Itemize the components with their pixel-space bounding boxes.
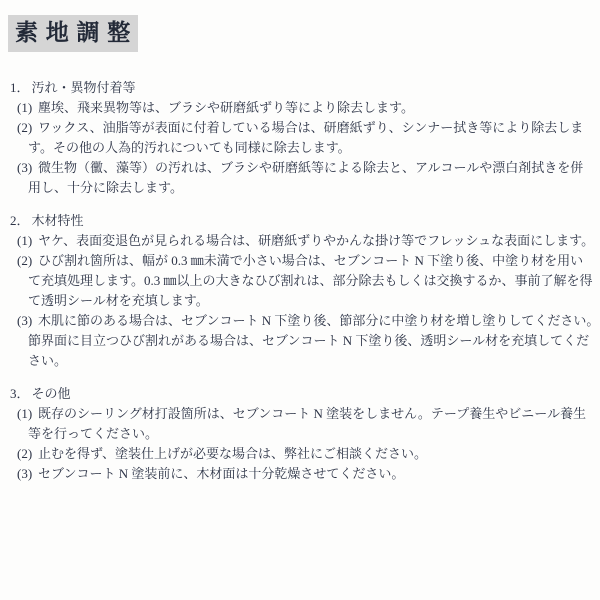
section-others: 3．その他 (1)既存のシーリング材打設箇所は、セブンコート N 塗装をしません… bbox=[0, 384, 600, 484]
item-marker: (3) bbox=[17, 311, 38, 331]
item-marker: (1) bbox=[17, 231, 38, 251]
section-heading-text: その他 bbox=[32, 386, 71, 401]
item-text: ワックス、油脂等が表面に付着している場合は、研磨紙ずり、シンナー拭き等により除去… bbox=[28, 120, 583, 155]
list-item: (1)ヤケ、表面変退色が見られる場合は、研磨紙ずりやかんな掛け等でフレッシュな表… bbox=[0, 231, 600, 251]
item-text: ヤケ、表面変退色が見られる場合は、研磨紙ずりやかんな掛け等でフレッシュな表面にし… bbox=[38, 233, 594, 248]
section-number: 2． bbox=[10, 213, 30, 228]
page-title: 素 地 調 整 bbox=[8, 15, 138, 52]
list-item: (1)既存のシーリング材打設箇所は、セブンコート N 塗装をしません。テープ養生… bbox=[0, 404, 600, 444]
section-wood-characteristics: 2．木材特性 (1)ヤケ、表面変退色が見られる場合は、研磨紙ずりやかんな掛け等で… bbox=[0, 211, 600, 371]
document-page: 素 地 調 整 1．汚れ・異物付着等 (1)塵埃、飛来異物等は、ブラシや研磨紙ず… bbox=[0, 0, 600, 600]
list-item: (3)微生物（黴、藻等）の汚れは、ブラシや研磨紙等による除去と、アルコールや漂白… bbox=[0, 158, 600, 198]
item-marker: (1) bbox=[17, 404, 38, 424]
item-marker: (3) bbox=[17, 158, 38, 178]
list-item: (1)塵埃、飛来異物等は、ブラシや研磨紙ずり等により除去します。 bbox=[0, 98, 600, 118]
section-number: 3． bbox=[10, 386, 30, 401]
item-marker: (1) bbox=[17, 98, 38, 118]
item-text: 既存のシーリング材打設箇所は、セブンコート N 塗装をしません。テープ養生やビニ… bbox=[28, 406, 586, 441]
list-item: (2)ワックス、油脂等が表面に付着している場合は、研磨紙ずり、シンナー拭き等によ… bbox=[0, 118, 600, 158]
list-item: (2)ひび割れ箇所は、幅が 0.3 ㎜未満で小さい場合は、セブンコート N 下塗… bbox=[0, 251, 600, 311]
item-text: 木肌に節のある場合は、セブンコート N 下塗り後、節部分に中塗り材を増し塗りして… bbox=[28, 313, 599, 368]
section-heading-text: 汚れ・異物付着等 bbox=[32, 80, 136, 95]
item-text: 微生物（黴、藻等）の汚れは、ブラシや研磨紙等による除去と、アルコールや漂白剤拭き… bbox=[28, 160, 583, 195]
section-heading: 2．木材特性 bbox=[10, 211, 600, 231]
item-text: ひび割れ箇所は、幅が 0.3 ㎜未満で小さい場合は、セブンコート N 下塗り後、… bbox=[28, 253, 592, 308]
list-item: (3)木肌に節のある場合は、セブンコート N 下塗り後、節部分に中塗り材を増し塗… bbox=[0, 311, 600, 371]
section-heading: 1．汚れ・異物付着等 bbox=[10, 78, 600, 98]
list-item: (3)セブンコート N 塗装前に、木材面は十分乾燥させてください。 bbox=[0, 464, 600, 484]
item-marker: (3) bbox=[17, 464, 38, 484]
section-heading: 3．その他 bbox=[10, 384, 600, 404]
item-marker: (2) bbox=[17, 444, 38, 464]
section-dirt-foreign-matter: 1．汚れ・異物付着等 (1)塵埃、飛来異物等は、ブラシや研磨紙ずり等により除去し… bbox=[0, 78, 600, 198]
section-heading-text: 木材特性 bbox=[32, 213, 84, 228]
item-marker: (2) bbox=[17, 251, 38, 271]
item-text: セブンコート N 塗装前に、木材面は十分乾燥させてください。 bbox=[38, 466, 404, 481]
list-item: (2)止むを得ず、塗装仕上げが必要な場合は、弊社にご相談ください。 bbox=[0, 444, 600, 464]
item-marker: (2) bbox=[17, 118, 38, 138]
item-text: 塵埃、飛来異物等は、ブラシや研磨紙ずり等により除去します。 bbox=[38, 100, 414, 115]
section-number: 1． bbox=[10, 80, 30, 95]
item-text: 止むを得ず、塗装仕上げが必要な場合は、弊社にご相談ください。 bbox=[38, 446, 427, 461]
